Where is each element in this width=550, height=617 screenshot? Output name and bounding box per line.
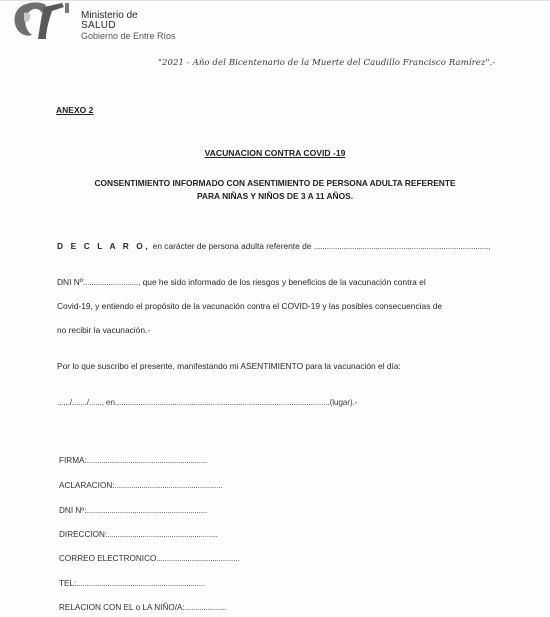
declaro-line: D E C L A R O, en carácter de persona ad…	[57, 241, 490, 251]
signature-field[interactable]: RELACION CON EL o LA NIÑO/A:............…	[59, 603, 226, 612]
dni-text: que he sido informado de los riesgos y b…	[140, 277, 425, 287]
year-motto: "2021 - Año del Bicentenario de la Muert…	[158, 58, 495, 68]
body-line-2: Covid-19, y entiendo el propósito de la …	[57, 301, 442, 311]
ministry-line-2: SALUD	[81, 21, 176, 31]
document-page: Ministerio de SALUD Gobierno de Entre Rí…	[0, 0, 550, 617]
annex-label: ANEXO 2	[56, 105, 93, 115]
field-label: ACLARACION:	[59, 481, 115, 490]
field-blank[interactable]: ........................................…	[87, 506, 207, 515]
signature-field[interactable]: CORREO ELECTRONICO......................…	[59, 554, 239, 563]
suscribo-line: Por lo que suscribo el presente, manifes…	[57, 361, 401, 371]
declaro-text: en carácter de persona adulta referente …	[150, 241, 313, 251]
signature-field[interactable]: DIRECCION:..............................…	[59, 530, 217, 539]
subtitle-line-1: CONSENTIMIENTO INFORMADO CON ASENTIMIENT…	[0, 177, 550, 190]
body-line-3: no recibir la vacunación.-	[57, 325, 150, 335]
signature-field[interactable]: DNI Nº:.................................…	[59, 506, 207, 515]
field-label: RELACION CON EL o LA NIÑO/A:	[59, 603, 185, 612]
field-label: FIRMA:	[59, 456, 87, 465]
date-place-blank[interactable]: ....../......./......, en...............…	[57, 397, 357, 407]
declaro-word: D E C L A R O,	[57, 241, 150, 251]
signature-field[interactable]: ACLARACION:.............................…	[59, 481, 222, 490]
field-label: DIRECCION:	[59, 530, 107, 539]
field-blank[interactable]: ........................................…	[115, 481, 223, 490]
field-blank[interactable]: ........................................…	[76, 579, 205, 588]
ministry-heading: Ministerio de SALUD Gobierno de Entre Rí…	[81, 11, 176, 41]
dni-label: DNI Nº	[57, 277, 83, 287]
dni-line: DNI Nº.........................., que he…	[57, 277, 426, 287]
document-title: VACUNACION CONTRA COVID -19	[0, 148, 550, 158]
field-blank[interactable]: ........................................	[156, 554, 239, 563]
signature-field[interactable]: FIRMA:..................................…	[59, 456, 207, 465]
field-label: DNI Nº:	[59, 506, 87, 515]
signature-field[interactable]: TEL:....................................…	[59, 579, 205, 588]
document-subtitle: CONSENTIMIENTO INFORMADO CON ASENTIMIENT…	[0, 177, 550, 203]
dni-blank[interactable]: ..........................,	[83, 277, 140, 287]
field-blank[interactable]: ........................................…	[87, 456, 207, 465]
entre-rios-logo-icon	[10, 1, 72, 41]
field-label: TEL:	[59, 579, 76, 588]
subtitle-line-2: PARA NIÑAS Y NIÑOS DE 3 A 11 AÑOS.	[0, 190, 550, 203]
ministry-line-3: Gobierno de Entre Ríos	[81, 31, 176, 41]
field-blank[interactable]: ....................	[185, 603, 227, 612]
field-label: CORREO ELECTRONICO	[59, 554, 156, 563]
referente-blank[interactable]: ........................................…	[314, 241, 491, 251]
field-blank[interactable]: ........................................…	[107, 530, 217, 539]
date-place-line: ....../......./......, en...............…	[57, 397, 357, 407]
